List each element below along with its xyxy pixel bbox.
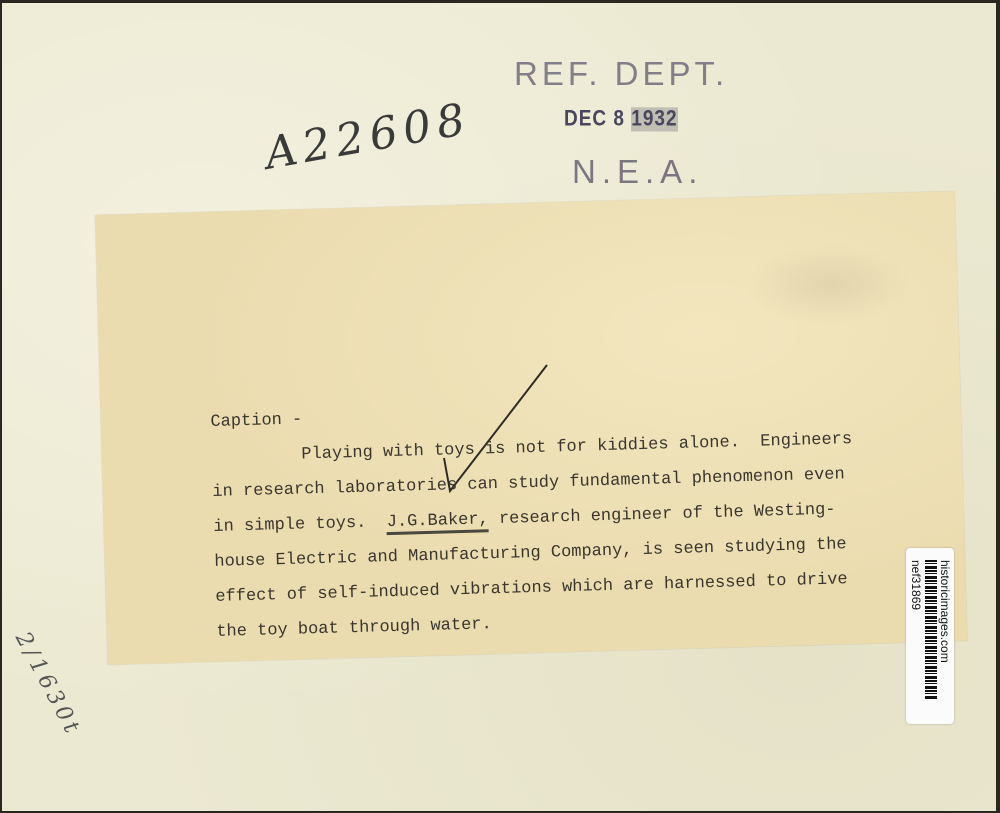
- caption-line-start: in simple toys.: [213, 513, 387, 537]
- date-stamp: DEC 8 1932: [564, 107, 678, 132]
- checkmark-icon: [442, 363, 552, 493]
- date-stamp-year: 1932: [631, 107, 677, 131]
- barcode-site-text: historicimages.com: [938, 560, 952, 663]
- caption-line-end: research engineer of the Westing-: [489, 501, 836, 530]
- ref-dept-stamp: REF. DEPT.: [514, 55, 728, 93]
- barcode-code-text: nef31869: [909, 560, 923, 610]
- date-stamp-day: DEC 8: [564, 107, 625, 131]
- barcode-sticker: historicimages.com nef31869: [906, 548, 954, 724]
- underlined-name: J.G.Baker,: [387, 510, 490, 535]
- handwritten-side-note: 2/1630t: [10, 628, 86, 741]
- handwritten-photo-id: A22608: [261, 93, 474, 179]
- barcode-icon: [925, 560, 937, 700]
- photo-mount-backing: REF. DEPT. DEC 8 1932 N.E.A. A22608 2/16…: [2, 3, 996, 811]
- agency-stamp: N.E.A.: [572, 153, 703, 191]
